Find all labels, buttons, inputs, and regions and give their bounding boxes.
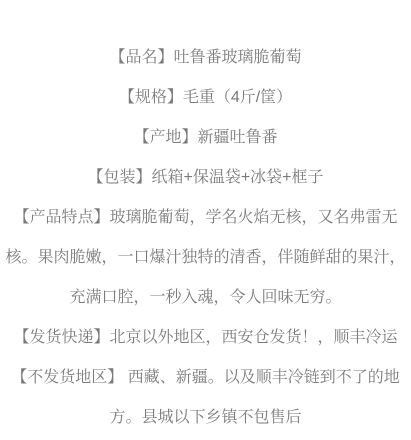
product-packaging-line: 【包装】纸箱+保温袋+冰袋+框子 (0, 158, 411, 198)
product-name-line: 【品名】吐鲁番玻璃脆葡萄 (0, 38, 411, 78)
no-shipping-area-line-1: 【不发货地区】 西藏、新疆。以及顺丰冷链到不了的地 (0, 358, 411, 398)
product-description: 【品名】吐鲁番玻璃脆葡萄 【规格】毛重（4斤/筐） 【产地】新疆吐鲁番 【包装】… (0, 0, 411, 438)
no-shipping-area-line-2: 方。县城以下乡镇不包售后 (0, 398, 411, 438)
product-feature-line-3: 充满口腔，一秒入魂，令人回味无穷。 (0, 278, 411, 318)
product-feature-line-2: 核。果肉脆嫩，一口爆汁独特的清香，伴随鲜甜的果汁， (0, 238, 411, 278)
product-feature-line-1: 【产品特点】玻璃脆葡萄，学名火焰无核，又名弗雷无 (0, 198, 411, 238)
product-spec-line: 【规格】毛重（4斤/筐） (0, 78, 411, 118)
product-origin-line: 【产地】新疆吐鲁番 (0, 118, 411, 158)
shipping-express-line: 【发货快递】北京以外地区，西安仓发货！，顺丰冷运 (0, 318, 411, 358)
